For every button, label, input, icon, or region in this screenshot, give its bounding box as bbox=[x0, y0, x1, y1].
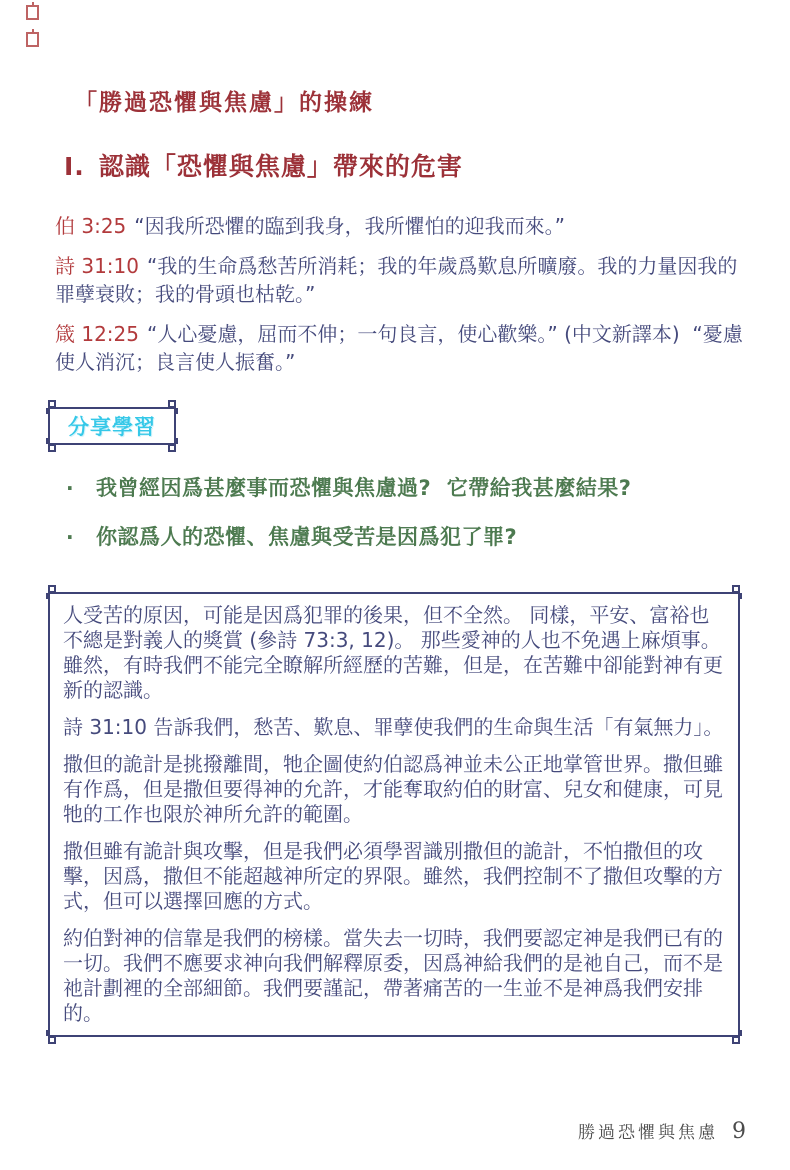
corner-ornament-icon bbox=[48, 400, 56, 408]
verse-text: “人心憂慮，屈而不伸；一句良言，使心歡樂。” (中文新譯本) “憂慮使人消沉；良… bbox=[55, 322, 743, 374]
commentary-paragraph: 詩 31:10 告訴我們，愁苦、歎息、罪孽使我們的生命與生活「有氣無力」。 bbox=[63, 715, 725, 740]
commentary-paragraph: 人受苦的原因，可能是因爲犯罪的後果，但不全然。 同樣，平安、富裕也不總是對義人的… bbox=[63, 603, 725, 703]
commentary-paragraph: 撒但的詭計是挑撥離間，牠企圖使約伯認爲神並未公正地掌管世界。撒但雖有作爲，但是撒… bbox=[63, 752, 725, 827]
discussion-questions: · 我曾經因爲甚麼事而恐懼與焦慮過? 它帶給我甚麼結果? · 你認爲人的恐懼、焦… bbox=[66, 474, 746, 572]
commentary-box: 人受苦的原因，可能是因爲犯罪的後果，但不全然。 同樣，平安、富裕也不總是對義人的… bbox=[48, 592, 740, 1037]
scripture-item: 箴 12:25“人心憂慮，屈而不伸；一句良言，使心歡樂。” (中文新譯本) “憂… bbox=[55, 320, 745, 376]
corner-ornament-icon bbox=[732, 1036, 740, 1044]
section-number: I. bbox=[64, 152, 85, 181]
corner-ornament-icon bbox=[48, 444, 56, 452]
footer-page-number: 9 bbox=[732, 1119, 746, 1144]
corner-stamp-marks bbox=[26, 5, 44, 59]
page-footer: 勝過恐懼與焦慮 9 bbox=[578, 1118, 746, 1144]
bullet-icon: · bbox=[66, 523, 96, 551]
question-item: · 我曾經因爲甚麼事而恐懼與焦慮過? 它帶給我甚麼結果? bbox=[66, 474, 746, 502]
corner-ornament-icon bbox=[48, 1036, 56, 1044]
stamp-mark bbox=[26, 5, 39, 20]
section-title: 認識「恐懼與焦慮」帶來的危害 bbox=[99, 152, 463, 181]
stamp-mark bbox=[26, 32, 39, 47]
corner-ornament-icon bbox=[732, 585, 740, 593]
question-text: 你認爲人的恐懼、焦慮與受苦是因爲犯了罪? bbox=[96, 523, 517, 551]
question-item: · 你認爲人的恐懼、焦慮與受苦是因爲犯了罪? bbox=[66, 523, 746, 551]
corner-ornament-icon bbox=[168, 400, 176, 408]
bullet-icon: · bbox=[66, 474, 96, 502]
verse-reference: 伯 3:25 bbox=[55, 214, 126, 238]
section-heading: I.認識「恐懼與焦慮」帶來的危害 bbox=[64, 147, 463, 183]
footer-book-title: 勝過恐懼與焦慮 bbox=[578, 1118, 718, 1143]
page-title: 「勝過恐懼與焦慮」的操練 bbox=[74, 84, 374, 117]
document-page: 「勝過恐懼與焦慮」的操練 I.認識「恐懼與焦慮」帶來的危害 伯 3:25“因我所… bbox=[0, 0, 790, 1170]
verse-reference: 箴 12:25 bbox=[55, 322, 139, 346]
corner-ornament-icon bbox=[168, 444, 176, 452]
scripture-item: 伯 3:25“因我所恐懼的臨到我身，我所懼怕的迎我而來。” bbox=[55, 212, 745, 240]
corner-ornament-icon bbox=[48, 585, 56, 593]
commentary-paragraph: 撒但雖有詭計與攻擊，但是我們必須學習識別撒但的詭計，不怕撒但的攻擊，因爲，撒但不… bbox=[63, 839, 725, 914]
verse-text: “因我所恐懼的臨到我身，我所懼怕的迎我而來。” bbox=[134, 214, 565, 238]
verse-reference: 詩 31:10 bbox=[55, 254, 139, 278]
question-text: 我曾經因爲甚麼事而恐懼與焦慮過? 它帶給我甚麼結果? bbox=[96, 474, 631, 502]
scripture-item: 詩 31:10“我的生命爲愁苦所消耗；我的年歲爲歎息所曠廢。我的力量因我的罪孽衰… bbox=[55, 252, 745, 308]
commentary-paragraph: 約伯對神的信靠是我們的榜樣。當失去一切時，我們要認定神是我們已有的一切。我們不應… bbox=[63, 926, 725, 1026]
verse-text: “我的生命爲愁苦所消耗；我的年歲爲歎息所曠廢。我的力量因我的罪孽衰敗；我的骨頭也… bbox=[55, 254, 737, 306]
share-study-label: 分享學習 bbox=[68, 411, 156, 441]
scripture-block: 伯 3:25“因我所恐懼的臨到我身，我所懼怕的迎我而來。” 詩 31:10“我的… bbox=[55, 212, 745, 388]
share-study-badge: 分享學習 bbox=[48, 407, 176, 445]
